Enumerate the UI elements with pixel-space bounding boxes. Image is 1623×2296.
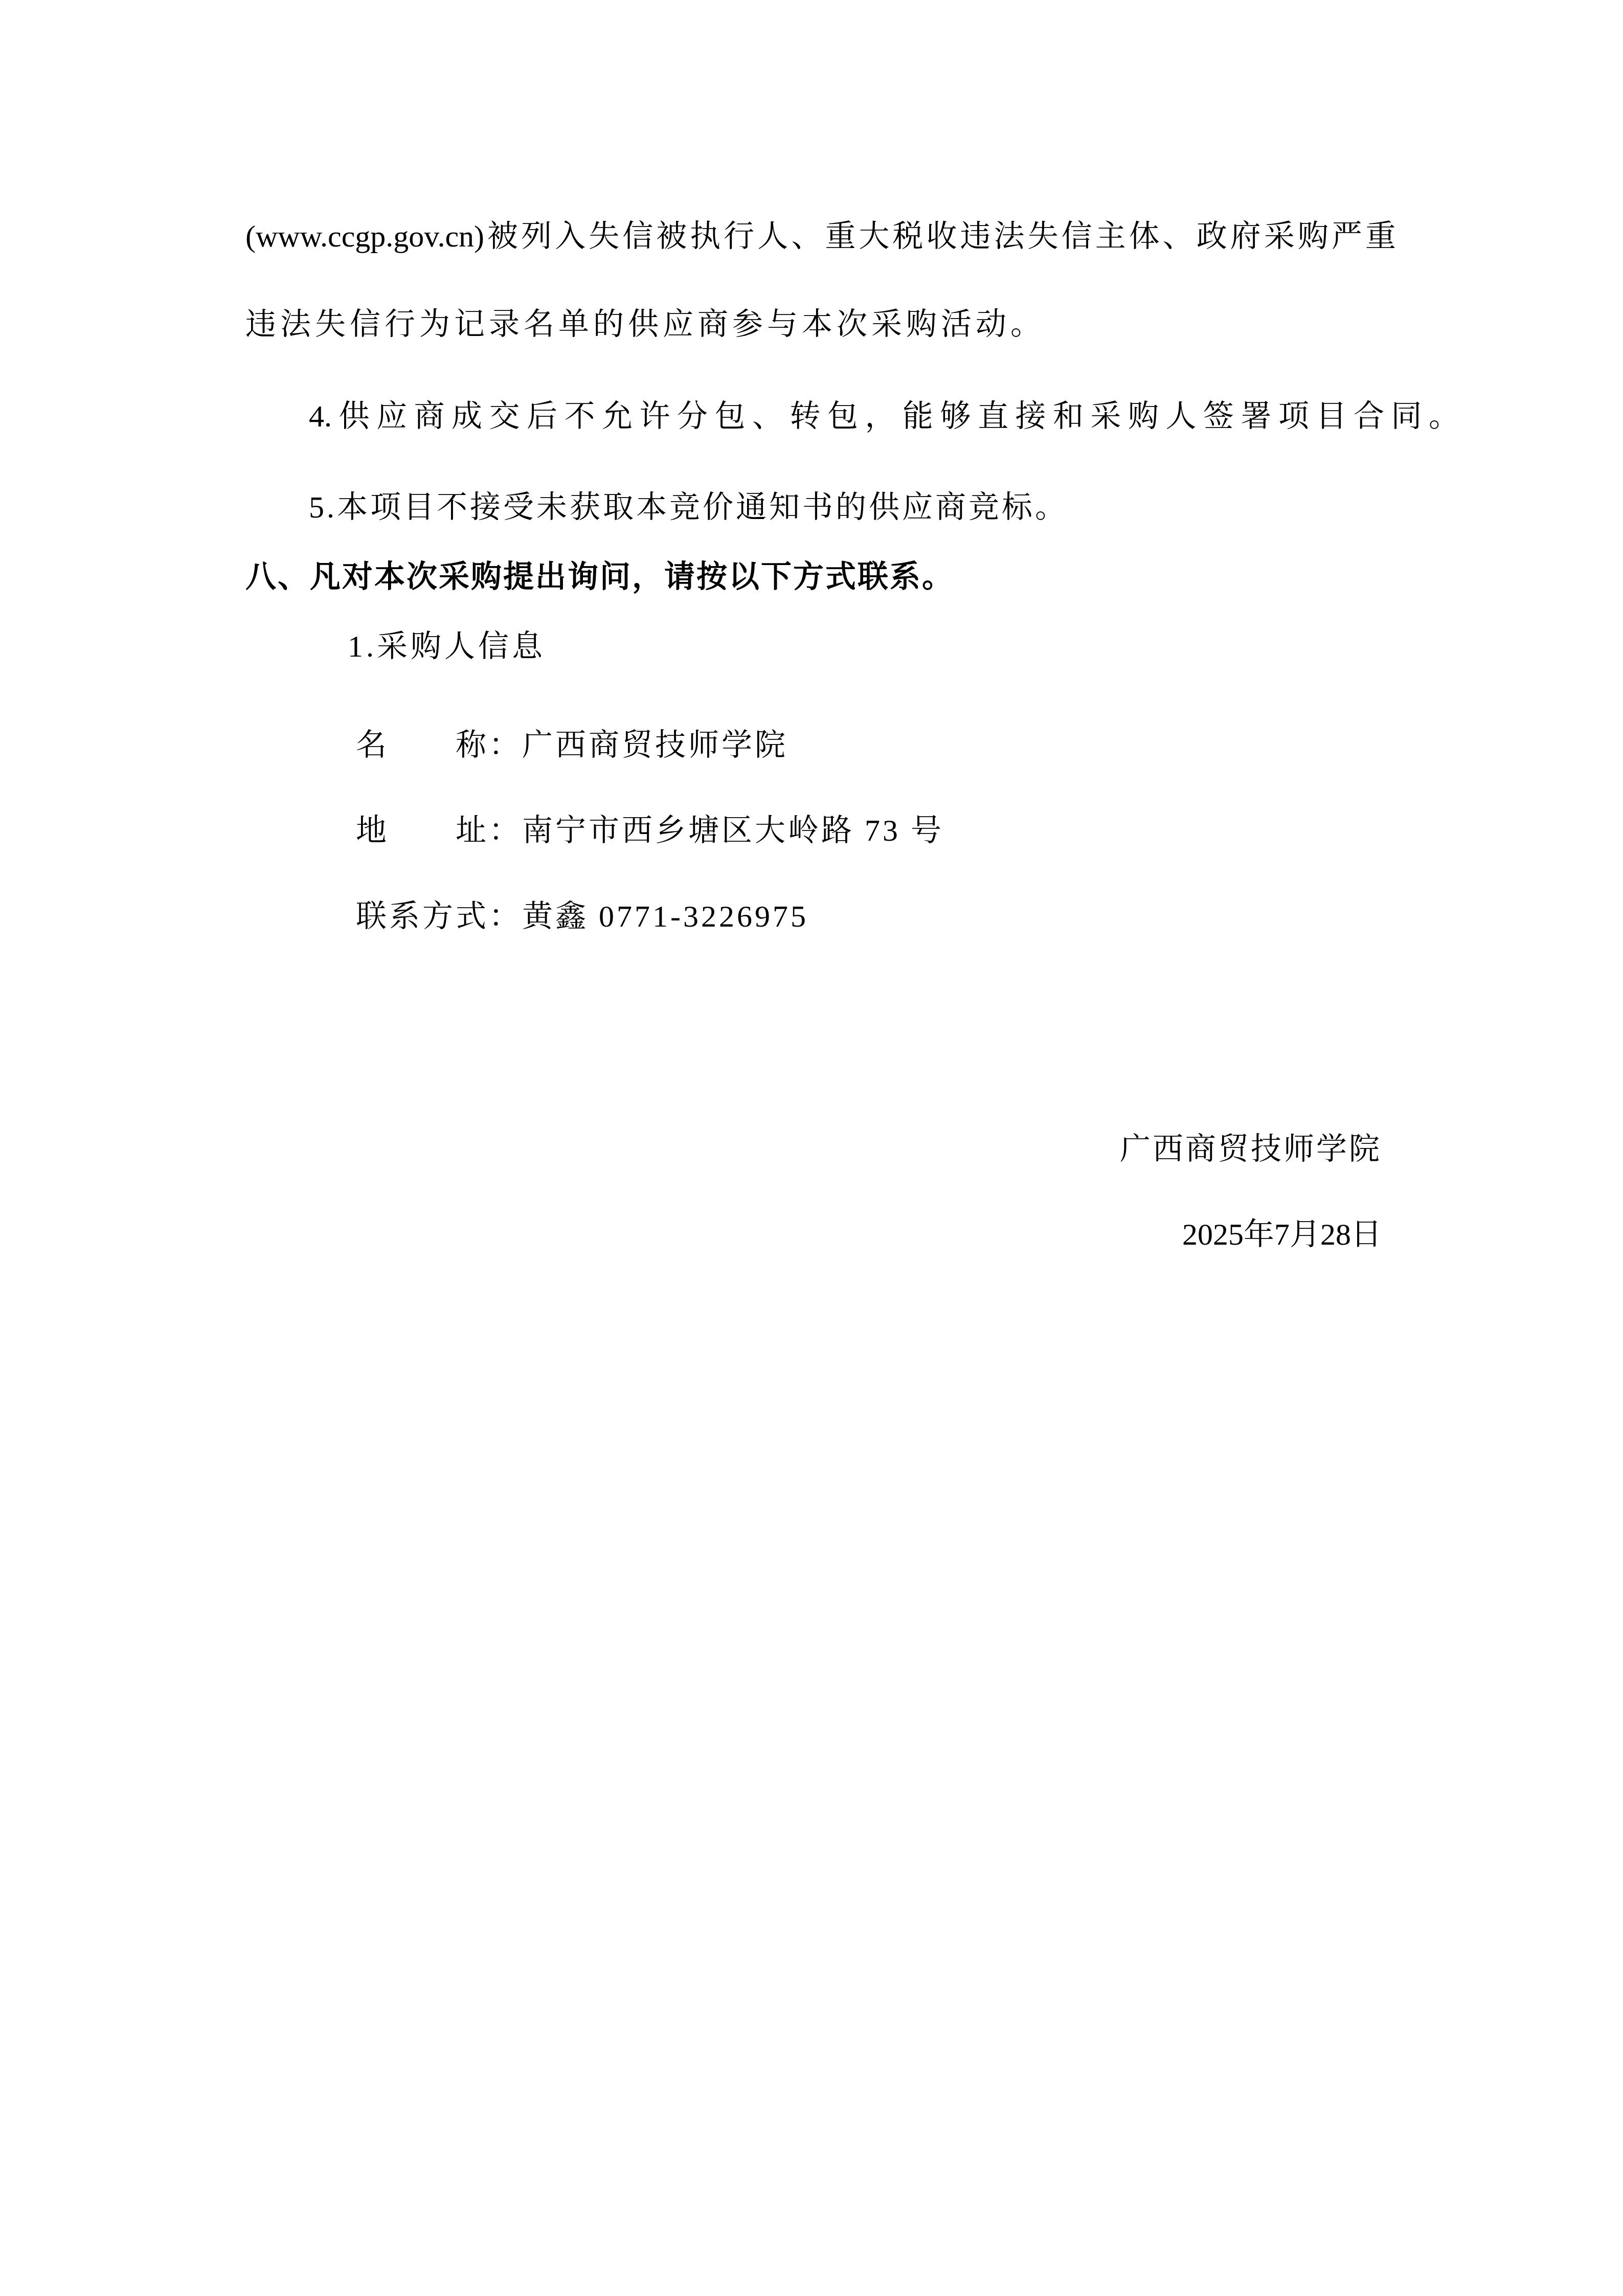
document-page: (www.ccgp.gov.cn)被列入失信被执行人、重大税收违法失信主体、政府… [0, 0, 1623, 2296]
purchaser-address-line: 地 址：南宁市西乡塘区大岭路 73 号 [245, 809, 1506, 852]
purchaser-section-title: 1.采购人信息 [245, 625, 1498, 668]
section-8-heading: 八、凡对本次采购提出询问，请按以下方式联系。 [245, 555, 1396, 598]
list-item-5: 5.本项目不接受未获取本竞价通知书的供应商竞标。 [245, 486, 1459, 529]
list-item-4: 4.供应商成交后不允许分包、转包，能够直接和采购人签署项目合同。 [245, 395, 1459, 438]
purchaser-contact-line: 联系方式：黄鑫 0771-3226975 [245, 895, 1506, 938]
paragraph-blacklist-line-1: (www.ccgp.gov.cn)被列入失信被执行人、重大税收违法失信主体、政府… [245, 215, 1396, 258]
paragraph-blacklist-line-2: 违法失信行为记录名单的供应商参与本次采购活动。 [245, 303, 1396, 346]
purchaser-name-line: 名 称：广西商贸技师学院 [245, 724, 1506, 767]
signature-date: 2025年7月28日 [1182, 1213, 1382, 1256]
signature-organization: 广西商贸技师学院 [1120, 1128, 1382, 1170]
